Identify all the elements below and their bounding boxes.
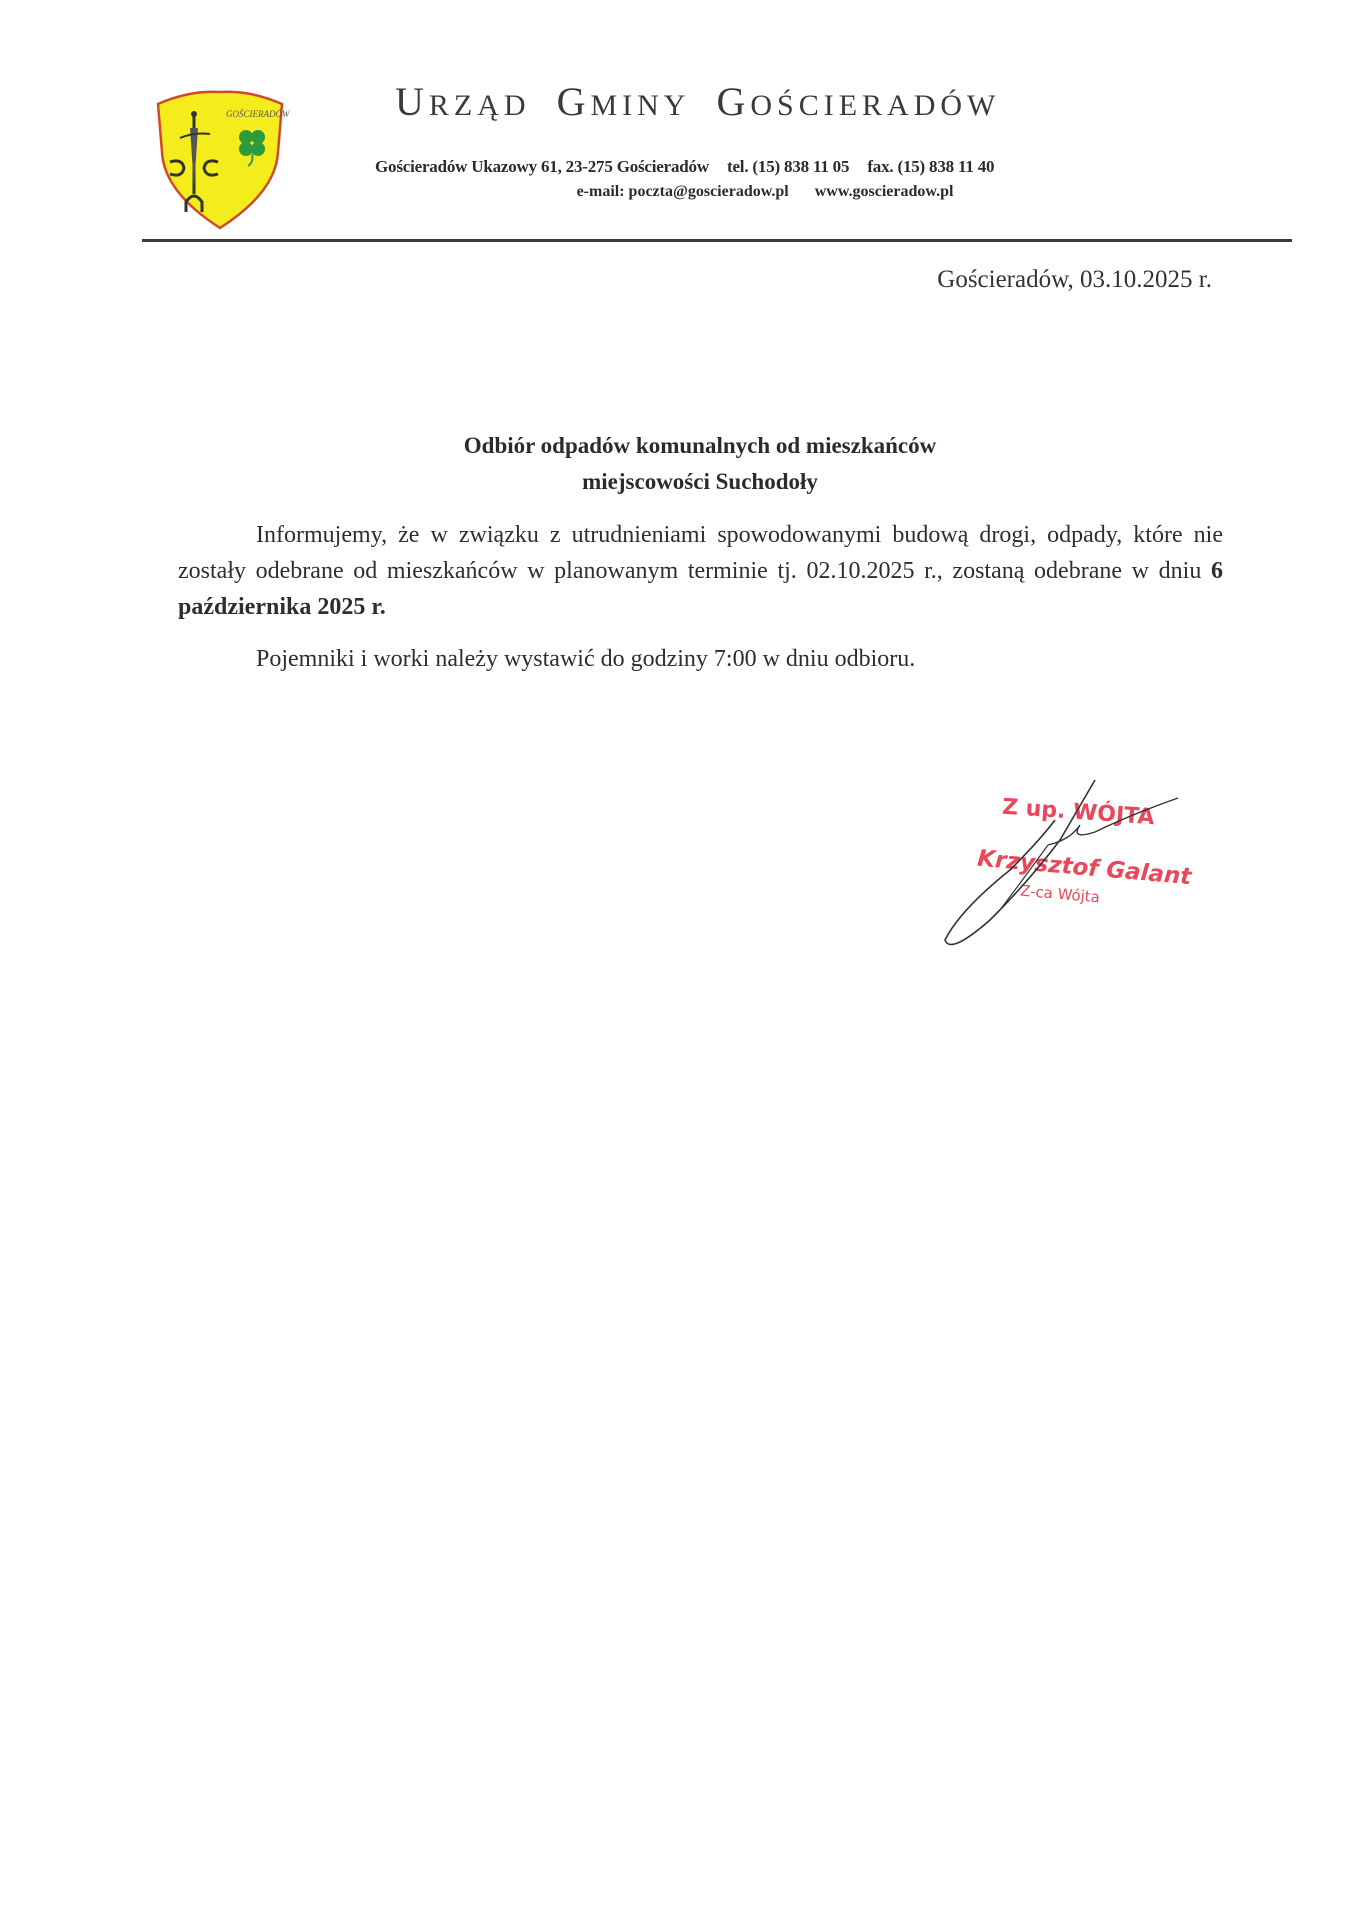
header-divider [142,239,1292,242]
handwritten-signature-icon [930,770,1190,960]
address-line: Gościeradów Ukazowy 61, 23-275 Gościerad… [375,157,1155,177]
paragraph-2: Pojemniki i worki należy wystawić do god… [178,641,1223,677]
title-word-2: GMINY [557,83,691,123]
title-word-1: URZĄD [395,83,531,123]
fax-number: fax. (15) 838 11 40 [867,157,994,176]
signature-stamp: Z up. WÓJTA Krzysztof Galant Z-ca Wójta [930,770,1190,960]
email-address: e-mail: poczta@goscieradow.pl [577,183,789,200]
contact-line: e-mail: poczta@goscieradow.pl www.goscie… [375,183,1155,201]
document-heading: Odbiór odpadów komunalnych od mieszkańcó… [170,428,1230,500]
coat-of-arms: GOŚCIERADÓW [150,82,290,232]
postal-address: Gościeradów Ukazowy 61, 23-275 Gościerad… [375,157,709,176]
document-body: Informujemy, że w związku z utrudnieniam… [178,517,1223,677]
phone-number: tel. (15) 838 11 05 [727,157,849,176]
title-word-3: GOŚCIERADÓW [716,83,1000,123]
institution-title: URZĄDGMINYGOŚCIERADÓW [395,78,1125,125]
date-line: Gościeradów, 03.10.2025 r. [937,266,1212,294]
heading-line-1: Odbiór odpadów komunalnych od mieszkańcó… [170,428,1230,464]
website-address: www.goscieradow.pl [815,183,954,200]
heading-line-2: miejscowości Suchodoły [170,464,1230,500]
svg-text:GOŚCIERADÓW: GOŚCIERADÓW [226,109,290,119]
municipal-coat-of-arms-icon: GOŚCIERADÓW [150,82,290,232]
paragraph-1: Informujemy, że w związku z utrudnieniam… [178,517,1223,625]
